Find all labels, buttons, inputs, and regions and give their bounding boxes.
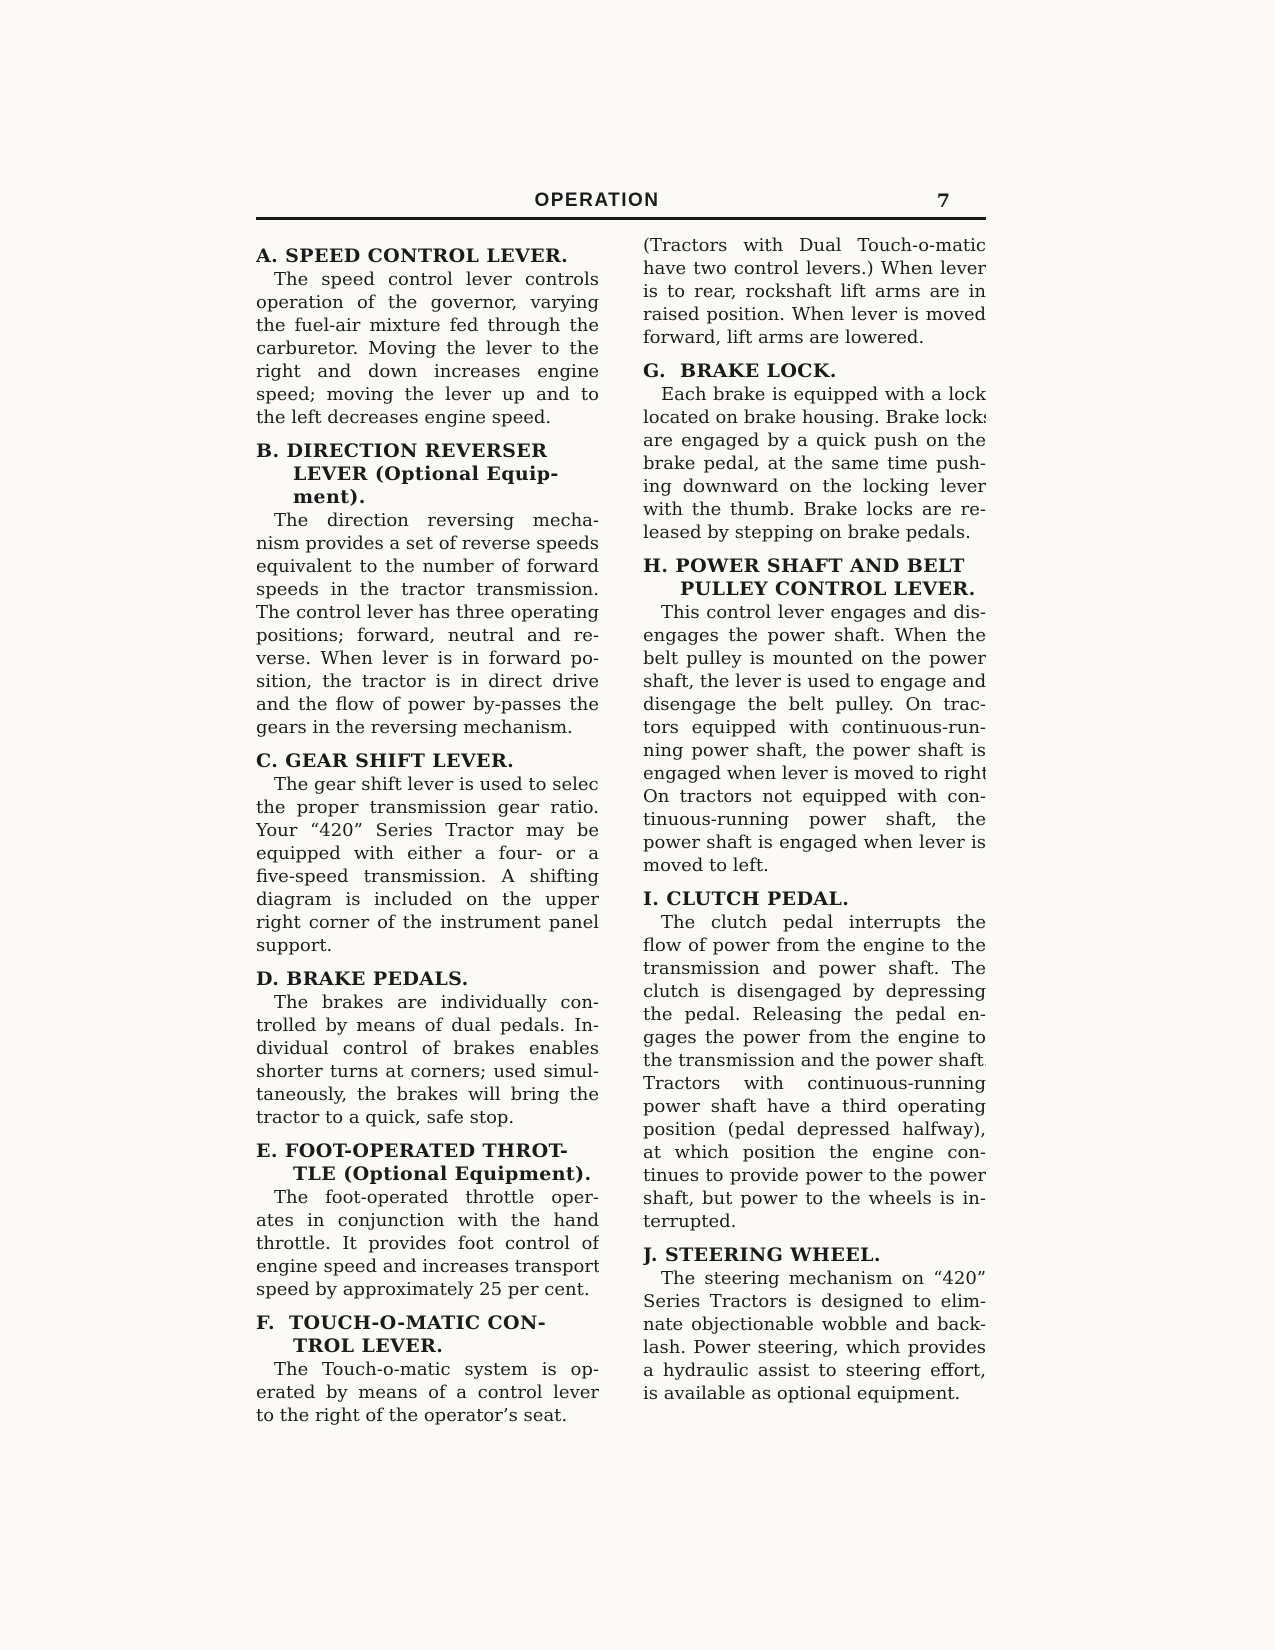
section-heading: G. BRAKE LOCK.: [643, 360, 986, 383]
text-line: ates in conjunction with the hand: [256, 1209, 599, 1232]
paragraph: The direction reversing mecha-nism provi…: [256, 509, 599, 739]
text-line: tinues to provide power to the power: [643, 1164, 986, 1187]
heading-line: A. SPEED CONTROL LEVER.: [256, 245, 599, 268]
text-line: tors equipped with continuous-run-: [643, 716, 986, 739]
paragraph: The clutch pedal interrupts theflow of p…: [643, 911, 986, 1233]
text-line: power shaft is engaged when lever is: [643, 831, 986, 854]
section-i: I. CLUTCH PEDAL.The clutch pedal interru…: [643, 888, 986, 1233]
text-line: belt pulley is mounted on the power: [643, 647, 986, 670]
text-line: the fuel-air mixture fed through the: [256, 314, 599, 337]
text-line: shaft, the lever is used to engage and: [643, 670, 986, 693]
text-line: This control lever engages and dis-: [643, 601, 986, 624]
paragraph: (Tractors with Dual Touch-o-matichave tw…: [643, 234, 986, 349]
paragraph: This control lever engages and dis-engag…: [643, 601, 986, 877]
text-line: The direction reversing mecha-: [256, 509, 599, 532]
heading-line: E. FOOT-OPERATED THROT-: [256, 1140, 599, 1163]
text-line: located on brake housing. Brake locks: [643, 406, 986, 429]
text-line: Tractors with continuous-running: [643, 1072, 986, 1095]
heading-line: PULLEY CONTROL LEVER.: [643, 578, 986, 601]
text-line: five-speed transmission. A shifting: [256, 865, 599, 888]
text-line: engages the power shaft. When the: [643, 624, 986, 647]
paragraph: The gear shift lever is used to selectth…: [256, 773, 599, 957]
section-f: F. TOUCH-O-MATIC CON-TROL LEVER.The Touc…: [256, 1312, 599, 1427]
text-line: shorter turns at corners; used simul-: [256, 1060, 599, 1083]
text-line: position (pedal depressed halfway),: [643, 1118, 986, 1141]
text-line: gages the power from the engine to: [643, 1026, 986, 1049]
text-line: is to rear, rockshaft lift arms are in: [643, 280, 986, 303]
section-c: C. GEAR SHIFT LEVER.The gear shift lever…: [256, 750, 599, 957]
text-line: verse. When lever is in forward po-: [256, 647, 599, 670]
heading-line: C. GEAR SHIFT LEVER.: [256, 750, 599, 773]
text-line: disengage the belt pulley. On trac-: [643, 693, 986, 716]
heading-line: ment).: [256, 486, 599, 509]
text-line: right corner of the instrument panel: [256, 911, 599, 934]
text-line: speeds in the tractor transmission.: [256, 578, 599, 601]
text-line: tinuous-running power shaft, the: [643, 808, 986, 831]
section-heading: E. FOOT-OPERATED THROT-TLE (Optional Equ…: [256, 1140, 599, 1186]
header-rule: [256, 217, 986, 220]
text-line: shaft, but power to the wheels is in-: [643, 1187, 986, 1210]
text-line: a hydraulic assist to steering effort,: [643, 1359, 986, 1382]
text-line: with the thumb. Brake locks are re-: [643, 498, 986, 521]
text-line: erated by means of a control lever: [256, 1381, 599, 1404]
text-line: The control lever has three operating: [256, 601, 599, 624]
text-line: ing downward on the locking lever: [643, 475, 986, 498]
header-title: OPERATION: [232, 190, 962, 212]
text-line: the proper transmission gear ratio.: [256, 796, 599, 819]
page-content: OPERATION 7 A. SPEED CONTROL LEVER.The s…: [256, 190, 986, 1427]
heading-line: B. DIRECTION REVERSER: [256, 440, 599, 463]
text-line: the transmission and the power shaft.: [643, 1049, 986, 1072]
text-line: The steering mechanism on “420”: [643, 1267, 986, 1290]
text-line: equipped with either a four- or a: [256, 842, 599, 865]
heading-line: J. STEERING WHEEL.: [643, 1244, 986, 1267]
running-header: OPERATION 7: [256, 190, 986, 216]
section-f-continued: (Tractors with Dual Touch-o-matichave tw…: [643, 234, 986, 349]
text-columns: A. SPEED CONTROL LEVER.The speed control…: [256, 234, 986, 1427]
section-heading: D. BRAKE PEDALS.: [256, 968, 599, 991]
text-line: The brakes are individually con-: [256, 991, 599, 1014]
text-line: have two control levers.) When lever: [643, 257, 986, 280]
heading-line: I. CLUTCH PEDAL.: [643, 888, 986, 911]
text-line: right and down increases engine: [256, 360, 599, 383]
text-line: clutch is disengaged by depressing: [643, 980, 986, 1003]
section-heading: H. POWER SHAFT AND BELTPULLEY CONTROL LE…: [643, 555, 986, 601]
text-line: On tractors not equipped with con-: [643, 785, 986, 808]
section-j: J. STEERING WHEEL.The steering mechanism…: [643, 1244, 986, 1405]
text-line: The clutch pedal interrupts the: [643, 911, 986, 934]
heading-line: D. BRAKE PEDALS.: [256, 968, 599, 991]
text-line: The foot-operated throttle oper-: [256, 1186, 599, 1209]
text-line: ning power shaft, the power shaft is: [643, 739, 986, 762]
text-line: The Touch-o-matic system is op-: [256, 1358, 599, 1381]
text-line: raised position. When lever is moved: [643, 303, 986, 326]
text-line: speed by approximately 25 per cent.: [256, 1278, 599, 1301]
section-b: B. DIRECTION REVERSERLEVER (Optional Equ…: [256, 440, 599, 739]
section-h: H. POWER SHAFT AND BELTPULLEY CONTROL LE…: [643, 555, 986, 877]
text-line: throttle. It provides foot control of: [256, 1232, 599, 1255]
text-line: forward, lift arms are lowered.: [643, 326, 986, 349]
text-line: nism provides a set of reverse speeds: [256, 532, 599, 555]
text-line: the pedal. Releasing the pedal en-: [643, 1003, 986, 1026]
text-line: transmission and power shaft. The: [643, 957, 986, 980]
text-line: Each brake is equipped with a lock: [643, 383, 986, 406]
paragraph: The Touch-o-matic system is op-erated by…: [256, 1358, 599, 1427]
text-line: diagram is included on the upper: [256, 888, 599, 911]
text-line: at which position the engine con-: [643, 1141, 986, 1164]
text-line: Your “420” Series Tractor may be: [256, 819, 599, 842]
left-column: A. SPEED CONTROL LEVER.The speed control…: [256, 234, 599, 1427]
text-line: Series Tractors is designed to elim-: [643, 1290, 986, 1313]
section-e: E. FOOT-OPERATED THROT-TLE (Optional Equ…: [256, 1140, 599, 1301]
text-line: power shaft have a third operating: [643, 1095, 986, 1118]
text-line: to the right of the operator’s seat.: [256, 1404, 599, 1427]
section-g: G. BRAKE LOCK.Each brake is equipped wit…: [643, 360, 986, 544]
text-line: tractor to a quick, safe stop.: [256, 1106, 599, 1129]
heading-line: G. BRAKE LOCK.: [643, 360, 986, 383]
text-line: operation of the governor, varying: [256, 291, 599, 314]
text-line: speed; moving the lever up and to: [256, 383, 599, 406]
section-heading: J. STEERING WHEEL.: [643, 1244, 986, 1267]
heading-line: LEVER (Optional Equip-: [256, 463, 599, 486]
section-d: D. BRAKE PEDALS.The brakes are individua…: [256, 968, 599, 1129]
section-heading: B. DIRECTION REVERSERLEVER (Optional Equ…: [256, 440, 599, 509]
section-heading: A. SPEED CONTROL LEVER.: [256, 245, 599, 268]
text-line: gears in the reversing mechanism.: [256, 716, 599, 739]
text-line: positions; forward, neutral and re-: [256, 624, 599, 647]
text-line: moved to left.: [643, 854, 986, 877]
text-line: engine speed and increases transport: [256, 1255, 599, 1278]
heading-line: TLE (Optional Equipment).: [256, 1163, 599, 1186]
text-line: taneously, the brakes will bring the: [256, 1083, 599, 1106]
text-line: (Tractors with Dual Touch-o-matic: [643, 234, 986, 257]
text-line: trolled by means of dual pedals. In-: [256, 1014, 599, 1037]
text-line: the left decreases engine speed.: [256, 406, 599, 429]
text-line: equivalent to the number of forward: [256, 555, 599, 578]
section-a: A. SPEED CONTROL LEVER.The speed control…: [256, 245, 599, 429]
text-line: The gear shift lever is used to select: [256, 773, 599, 796]
section-heading: C. GEAR SHIFT LEVER.: [256, 750, 599, 773]
page-number: 7: [937, 190, 950, 212]
text-line: leased by stepping on brake pedals.: [643, 521, 986, 544]
text-line: lash. Power steering, which provides: [643, 1336, 986, 1359]
text-line: terrupted.: [643, 1210, 986, 1233]
text-line: sition, the tractor is in direct drive: [256, 670, 599, 693]
text-line: and the flow of power by-passes the: [256, 693, 599, 716]
manual-page: OPERATION 7 A. SPEED CONTROL LEVER.The s…: [0, 0, 1275, 1650]
text-line: brake pedal, at the same time push-: [643, 452, 986, 475]
text-line: dividual control of brakes enables: [256, 1037, 599, 1060]
paragraph: The brakes are individually con-trolled …: [256, 991, 599, 1129]
text-line: are engaged by a quick push on the: [643, 429, 986, 452]
heading-line: H. POWER SHAFT AND BELT: [643, 555, 986, 578]
section-heading: I. CLUTCH PEDAL.: [643, 888, 986, 911]
text-line: flow of power from the engine to the: [643, 934, 986, 957]
section-heading: F. TOUCH-O-MATIC CON-TROL LEVER.: [256, 1312, 599, 1358]
text-line: is available as optional equipment.: [643, 1382, 986, 1405]
heading-line: TROL LEVER.: [256, 1335, 599, 1358]
paragraph: Each brake is equipped with a locklocate…: [643, 383, 986, 544]
right-column: (Tractors with Dual Touch-o-matichave tw…: [643, 234, 986, 1427]
text-line: engaged when lever is moved to right.: [643, 762, 986, 785]
paragraph: The steering mechanism on “420”Series Tr…: [643, 1267, 986, 1405]
text-line: nate objectionable wobble and back-: [643, 1313, 986, 1336]
text-line: support.: [256, 934, 599, 957]
heading-line: F. TOUCH-O-MATIC CON-: [256, 1312, 599, 1335]
paragraph: The foot-operated throttle oper-ates in …: [256, 1186, 599, 1301]
text-line: The speed control lever controls: [256, 268, 599, 291]
paragraph: The speed control lever controlsoperatio…: [256, 268, 599, 429]
text-line: carburetor. Moving the lever to the: [256, 337, 599, 360]
